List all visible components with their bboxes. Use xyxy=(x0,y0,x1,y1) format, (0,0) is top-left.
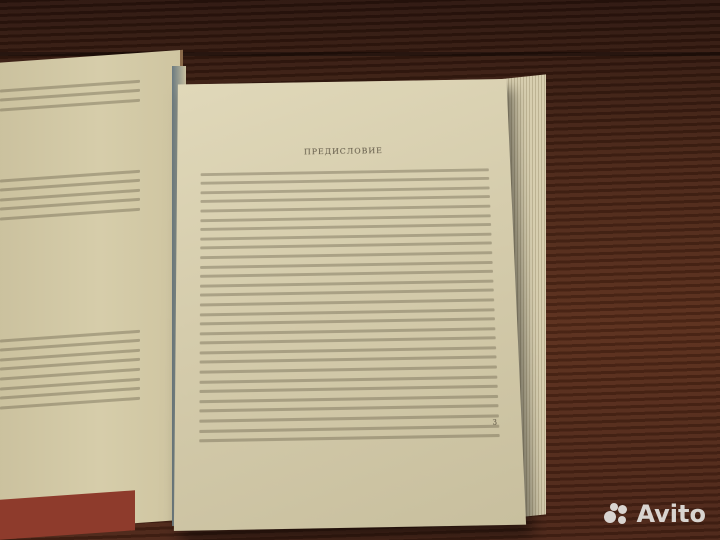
imprint-text-top xyxy=(0,73,140,118)
avito-logo-text: Avito xyxy=(636,500,706,528)
avito-dots-icon xyxy=(604,503,630,525)
body-text xyxy=(199,162,500,450)
page-heading: ПРЕДИСЛОВИЕ xyxy=(177,144,509,158)
right-page: ПРЕДИСЛОВИЕ 3 xyxy=(174,79,526,531)
left-page xyxy=(0,50,183,534)
imprint-text-bottom xyxy=(0,323,140,416)
page-number: 3 xyxy=(492,419,497,427)
avito-watermark: Avito xyxy=(604,500,706,528)
imprint-text-middle xyxy=(0,163,140,227)
